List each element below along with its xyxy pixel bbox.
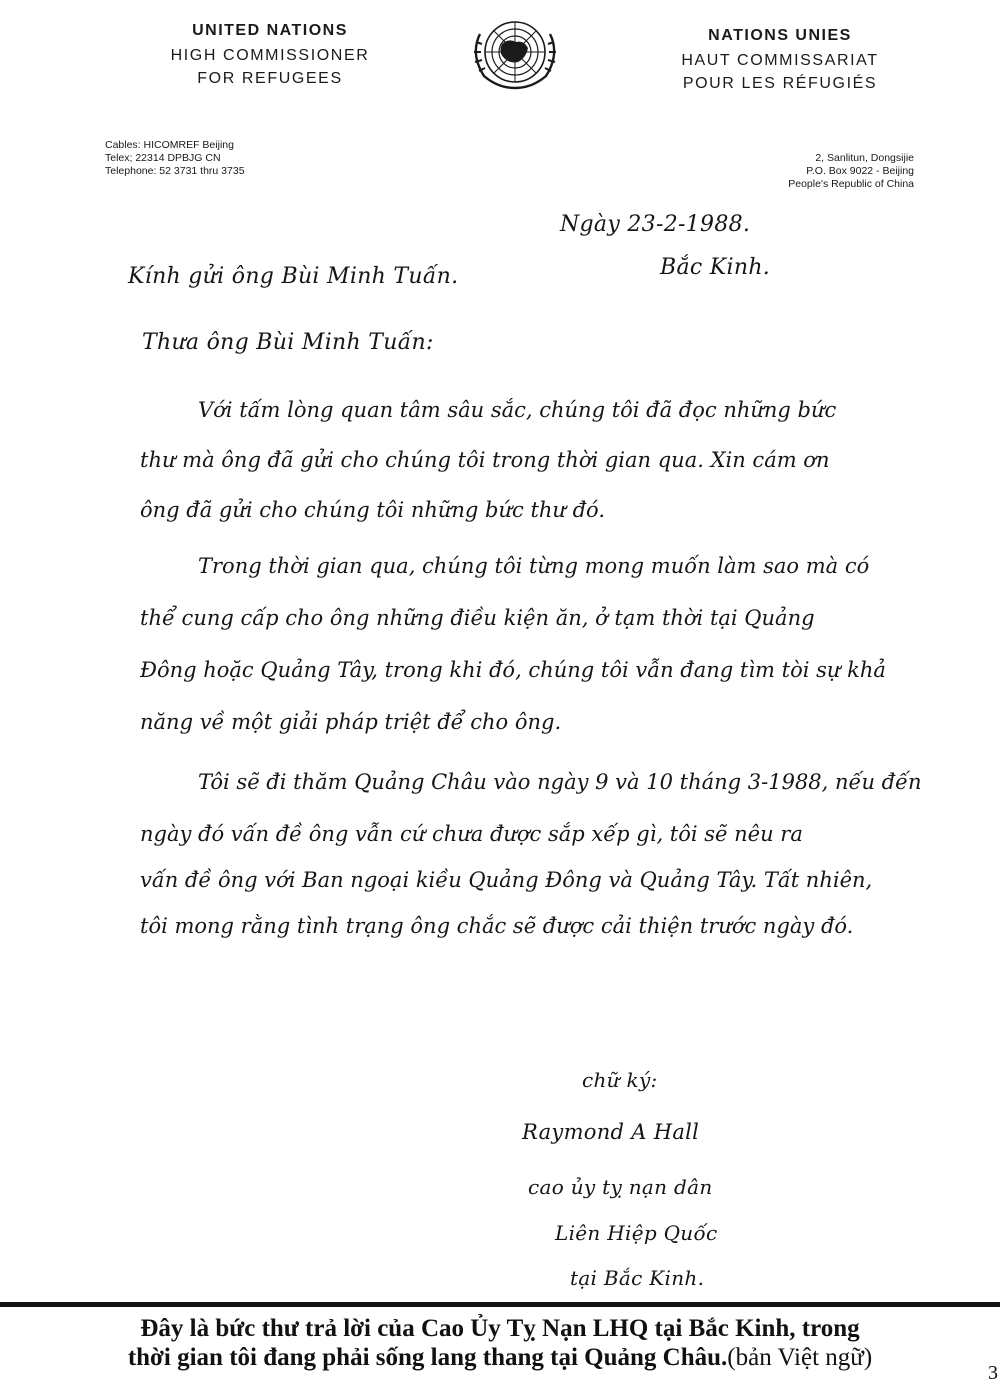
letter-place: Bắc Kinh.: [660, 255, 770, 280]
paragraph-line: tôi mong rằng tình trạng ông chắc sẽ đượ…: [140, 914, 853, 938]
paragraph-line: thể cung cấp cho ông những điều kiện ăn,…: [140, 606, 815, 630]
paragraph-line: năng về một giải pháp triệt để cho ông.: [140, 710, 561, 734]
letterhead-french: NATIONS UNIES HAUT COMMISSARIAT POUR LES…: [640, 27, 920, 95]
address-country: People's Republic of China: [788, 178, 914, 191]
paragraph-line: Đông hoặc Quảng Tây, trong khi đó, chúng…: [140, 658, 886, 682]
address-po-box: P.O. Box 9022 - Beijing: [788, 165, 914, 178]
caption-line-2-bold: thời gian tôi đang phải sống lang thang …: [128, 1344, 727, 1371]
org-name-en: UNITED NATIONS: [120, 22, 420, 40]
letter-salutation: Thưa ông Bùi Minh Tuấn:: [142, 330, 434, 355]
paragraph-line: ông đã gửi cho chúng tôi những bức thư đ…: [140, 498, 605, 522]
org-subtitle-fr-2: POUR LES RÉFUGIÉS: [640, 72, 920, 95]
signatory-name: Raymond A Hall: [522, 1120, 699, 1144]
signature-label: chữ ký:: [582, 1068, 658, 1092]
org-subtitle-en-1: HIGH COMMISSIONER: [120, 44, 420, 67]
paragraph-line: Tôi sẽ đi thăm Quảng Châu vào ngày 9 và …: [198, 770, 922, 794]
org-subtitle-fr-1: HAUT COMMISSARIAT: [640, 49, 920, 72]
page-caption: Đây là bức thư trả lời của Cao Ủy Tỵ Nạn…: [0, 1314, 1000, 1372]
caption-line-1: Đây là bức thư trả lời của Cao Ủy Tỵ Nạn…: [0, 1314, 1000, 1343]
signatory-title: cao ủy tỵ nạn dân: [528, 1175, 713, 1199]
contact-info-left: Cables: HICOMREF Beijing Telex; 22314 DP…: [105, 139, 245, 178]
org-subtitle-en-2: FOR REFUGEES: [120, 67, 420, 90]
caption-language-note: (bản Việt ngữ): [727, 1344, 872, 1371]
paragraph-line: vấn đề ông với Ban ngoại kiều Quảng Đông…: [140, 868, 872, 892]
caption-divider: [0, 1302, 1000, 1307]
letter-date: Ngày 23-2-1988.: [560, 212, 750, 237]
paragraph-line: Với tấm lòng quan tâm sâu sắc, chúng tôi…: [198, 398, 836, 422]
caption-line-2: thời gian tôi đang phải sống lang thang …: [0, 1343, 1000, 1372]
address-street: 2, Sanlitun, Dongsijie: [788, 152, 914, 165]
paragraph-line: thư mà ông đã gửi cho chúng tôi trong th…: [140, 448, 829, 472]
signatory-organization: Liên Hiệp Quốc: [555, 1221, 718, 1245]
telex-line: Telex; 22314 DPBJG CN: [105, 152, 245, 165]
paragraph-line: Trong thời gian qua, chúng tôi từng mong…: [198, 554, 869, 578]
telephone-line: Telephone: 52 3731 thru 3735: [105, 165, 245, 178]
cables-line: Cables: HICOMREF Beijing: [105, 139, 245, 152]
un-emblem-icon: [462, 14, 568, 94]
letterhead-english: UNITED NATIONS HIGH COMMISSIONER FOR REF…: [120, 22, 420, 90]
org-name-fr: NATIONS UNIES: [640, 27, 920, 45]
address-block: 2, Sanlitun, Dongsijie P.O. Box 9022 - B…: [788, 152, 914, 191]
paragraph-line: ngày đó vấn đề ông vẫn cứ chưa được sắp …: [140, 822, 803, 846]
letter-recipient: Kính gửi ông Bùi Minh Tuấn.: [128, 264, 458, 289]
page-number: 3: [988, 1362, 998, 1385]
signatory-location: tại Bắc Kinh.: [570, 1266, 704, 1290]
